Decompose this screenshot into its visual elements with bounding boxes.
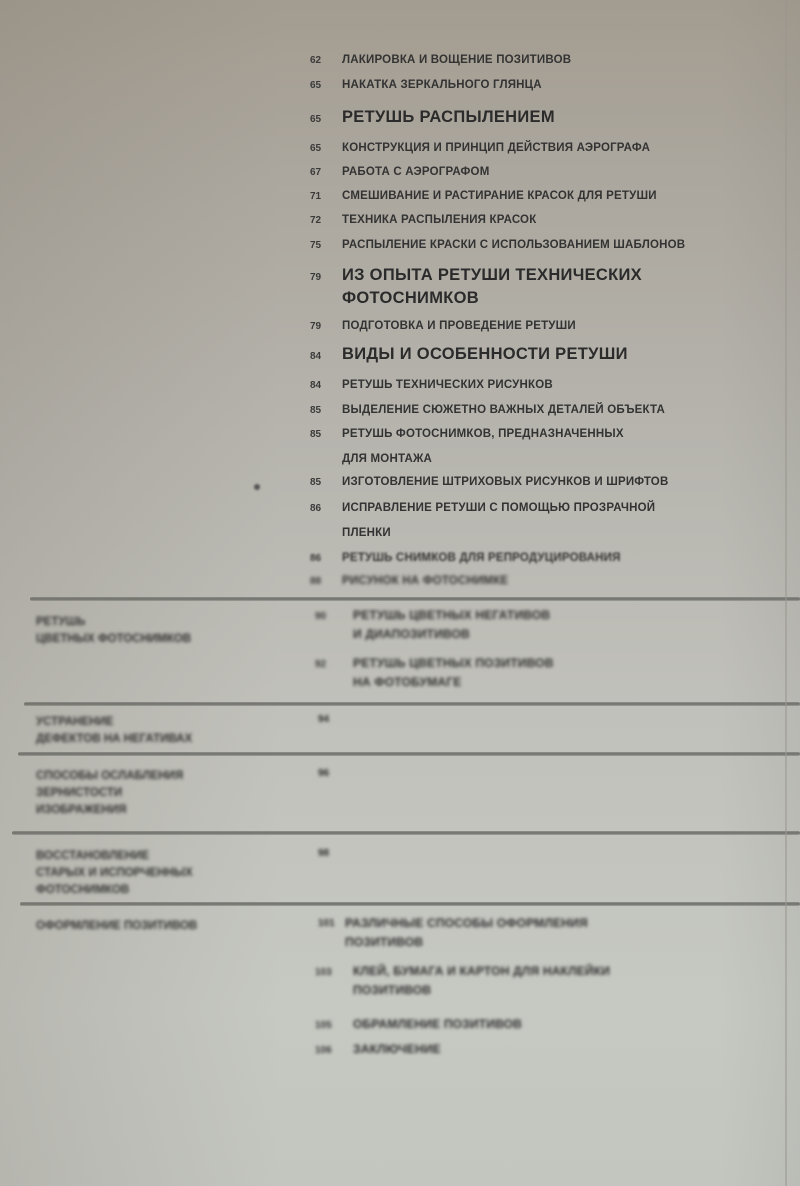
page-number: 84 [310, 380, 342, 391]
entry-title: РАБОТА С АЭРОГРАФОМ [342, 160, 489, 185]
page-number: 65 [310, 114, 342, 125]
page-number: 103 [315, 967, 353, 978]
toc-entry: 86 ИСПРАВЛЕНИЕ РЕТУШИ С ПОМОЩЬЮ ПРОЗРАЧН… [310, 496, 780, 546]
entry-title: РАСПЫЛЕНИЕ КРАСКИ С ИСПОЛЬЗОВАНИЕМ ШАБЛО… [342, 233, 685, 258]
section-title: ОФОРМЛЕНИЕ ПОЗИТИВОВ [36, 918, 306, 935]
section-divider [24, 702, 800, 706]
section-title: РЕТУШЬ ЦВЕТНЫХ ФОТОСНИМКОВ [36, 614, 306, 648]
toc-entry: 72 ТЕХНИКА РАСПЫЛЕНИЯ КРАСОК [310, 208, 780, 233]
entry-title: РИСУНОК НА ФОТОСНИМКЕ [342, 569, 508, 594]
toc-entry: 90 РЕТУШЬ ЦВЕТНЫХ НЕГАТИВОВ И ДИАПОЗИТИВ… [315, 606, 770, 644]
toc-entry: РАЗЛИЧНЫЕ СПОСОБЫ ОФОРМЛЕНИЯ ПОЗИТИВОВ [345, 914, 770, 952]
section-divider [18, 752, 800, 756]
page-number: 79 [310, 272, 342, 283]
entry-title-line: ПЛЕНКИ [342, 527, 391, 539]
chapter-title: РЕТУШЬ РАСПЫЛЕНИЕМ [342, 106, 555, 129]
page-number: 86 [310, 553, 342, 564]
page-number: 86 [310, 503, 342, 514]
page-number: 84 [310, 351, 342, 362]
page-number: 85 [310, 429, 342, 440]
toc-entry: 103 КЛЕЙ, БУМАГА И КАРТОН ДЛЯ НАКЛЕЙКИ П… [315, 962, 770, 1000]
entry-title-line: ДЛЯ МОНТАЖА [342, 453, 432, 465]
toc-entry: 86 РЕТУШЬ СНИМКОВ ДЛЯ РЕПРОДУЦИРОВАНИЯ [310, 546, 780, 571]
entry-title: РЕТУШЬ ТЕХНИЧЕСКИХ РИСУНКОВ [342, 373, 553, 398]
toc-chapter: 79 ИЗ ОПЫТА РЕТУШИ ТЕХНИЧЕСКИХ ФОТОСНИМК… [310, 264, 780, 310]
entry-title: КОНСТРУКЦИЯ И ПРИНЦИП ДЕЙСТВИЯ АЭРОГРАФА [342, 136, 650, 161]
page-number: 92 [315, 659, 353, 670]
page-number: 85 [310, 477, 342, 488]
toc-entry: 75 РАСПЫЛЕНИЕ КРАСКИ С ИСПОЛЬЗОВАНИЕМ ША… [310, 233, 780, 258]
toc-entry: 84 РЕТУШЬ ТЕХНИЧЕСКИХ РИСУНКОВ [310, 373, 780, 398]
section-divider [12, 831, 800, 835]
chapter-title: ВИДЫ И ОСОБЕННОСТИ РЕТУШИ [342, 343, 628, 366]
page-number: 71 [310, 191, 342, 202]
toc-entry: 85 РЕТУШЬ ФОТОСНИМКОВ, ПРЕДНАЗНАЧЕННЫХ Д… [310, 422, 780, 472]
toc-entry: 65 КОНСТРУКЦИЯ И ПРИНЦИП ДЕЙСТВИЯ АЭРОГР… [310, 136, 780, 161]
ink-smudge [254, 484, 260, 490]
page-number: 62 [310, 55, 342, 66]
page-number: 101 [318, 918, 335, 929]
toc-entry: 92 РЕТУШЬ ЦВЕТНЫХ ПОЗИТИВОВ НА ФОТОБУМАГ… [315, 654, 770, 692]
entry-title: ЛАКИРОВКА И ВОЩЕНИЕ ПОЗИТИВОВ [342, 48, 571, 73]
page-number: 98 [318, 848, 329, 859]
section-title: УСТРАНЕНИЕ ДЕФЕКТОВ НА НЕГАТИВАХ [36, 714, 306, 748]
page-number: 65 [310, 80, 342, 91]
toc-entry: 79 ПОДГОТОВКА И ПРОВЕДЕНИЕ РЕТУШИ [310, 314, 780, 339]
entry-title: НАКАТКА ЗЕРКАЛЬНОГО ГЛЯНЦА [342, 73, 542, 98]
page-number: 105 [315, 1020, 353, 1031]
page-number: 67 [310, 167, 342, 178]
entry-title: РАЗЛИЧНЫЕ СПОСОБЫ ОФОРМЛЕНИЯ ПОЗИТИВОВ [345, 914, 588, 952]
chapter-title: ИЗ ОПЫТА РЕТУШИ ТЕХНИЧЕСКИХ ФОТОСНИМКОВ [342, 264, 642, 310]
entry-title: РЕТУШЬ СНИМКОВ ДЛЯ РЕПРОДУЦИРОВАНИЯ [342, 546, 621, 571]
page-number: 79 [310, 321, 342, 332]
page-number: 88 [310, 576, 342, 587]
entry-title: РЕТУШЬ ЦВЕТНЫХ НЕГАТИВОВ И ДИАПОЗИТИВОВ [353, 606, 550, 644]
table-of-contents: 62 ЛАКИРОВКА И ВОЩЕНИЕ ПОЗИТИВОВ 65 НАКА… [0, 0, 800, 1186]
page-number: 72 [310, 215, 342, 226]
page-number: 85 [310, 405, 342, 416]
entry-title: СМЕШИВАНИЕ И РАСТИРАНИЕ КРАСОК ДЛЯ РЕТУШ… [342, 184, 657, 209]
toc-entry: 67 РАБОТА С АЭРОГРАФОМ [310, 160, 780, 185]
toc-chapter: 65 РЕТУШЬ РАСПЫЛЕНИЕМ [310, 106, 780, 129]
entry-title: КЛЕЙ, БУМАГА И КАРТОН ДЛЯ НАКЛЕЙКИ ПОЗИТ… [353, 962, 610, 1000]
toc-entry: 85 ИЗГОТОВЛЕНИЕ ШТРИХОВЫХ РИСУНКОВ И ШРИ… [310, 470, 780, 495]
entry-title: ТЕХНИКА РАСПЫЛЕНИЯ КРАСОК [342, 208, 536, 233]
entry-title: ИЗГОТОВЛЕНИЕ ШТРИХОВЫХ РИСУНКОВ И ШРИФТО… [342, 470, 668, 495]
toc-entry: 65 НАКАТКА ЗЕРКАЛЬНОГО ГЛЯНЦА [310, 73, 780, 98]
section-title: СПОСОБЫ ОСЛАБЛЕНИЯ ЗЕРНИСТОСТИ ИЗОБРАЖЕН… [36, 768, 306, 819]
entry-title: РЕТУШЬ ЦВЕТНЫХ ПОЗИТИВОВ НА ФОТОБУМАГЕ [353, 654, 554, 692]
page-number: 94 [318, 714, 329, 725]
page-number: 106 [315, 1045, 353, 1056]
entry-title-line: РЕТУШЬ ФОТОСНИМКОВ, ПРЕДНАЗНАЧЕННЫХ [342, 428, 624, 440]
entry-title: ИСПРАВЛЕНИЕ РЕТУШИ С ПОМОЩЬЮ ПРОЗРАЧНОЙ … [342, 496, 655, 546]
page-number: 96 [318, 768, 329, 779]
entry-title: ВЫДЕЛЕНИЕ СЮЖЕТНО ВАЖНЫХ ДЕТАЛЕЙ ОБЪЕКТА [342, 398, 665, 423]
entry-title: ОБРАМЛЕНИЕ ПОЗИТИВОВ [353, 1015, 522, 1034]
entry-title-line: ИСПРАВЛЕНИЕ РЕТУШИ С ПОМОЩЬЮ ПРОЗРАЧНОЙ [342, 502, 655, 514]
entry-title: ЗАКЛЮЧЕНИЕ [353, 1040, 441, 1059]
page-number: 65 [310, 143, 342, 154]
section-title: ВОССТАНОВЛЕНИЕ СТАРЫХ И ИСПОРЧЕННЫХ ФОТО… [36, 848, 306, 899]
section-divider [20, 902, 800, 906]
toc-entry: 106 ЗАКЛЮЧЕНИЕ [315, 1040, 770, 1059]
toc-entry: 71 СМЕШИВАНИЕ И РАСТИРАНИЕ КРАСОК ДЛЯ РЕ… [310, 184, 780, 209]
entry-title: РЕТУШЬ ФОТОСНИМКОВ, ПРЕДНАЗНАЧЕННЫХ ДЛЯ … [342, 422, 624, 472]
page-number: 90 [315, 611, 353, 622]
page-number: 75 [310, 240, 342, 251]
toc-entry: 88 РИСУНОК НА ФОТОСНИМКЕ [310, 569, 780, 594]
section-divider [30, 597, 800, 601]
entry-title: ПОДГОТОВКА И ПРОВЕДЕНИЕ РЕТУШИ [342, 314, 576, 339]
toc-entry: 62 ЛАКИРОВКА И ВОЩЕНИЕ ПОЗИТИВОВ [310, 48, 780, 73]
toc-entry: 85 ВЫДЕЛЕНИЕ СЮЖЕТНО ВАЖНЫХ ДЕТАЛЕЙ ОБЪЕ… [310, 398, 780, 423]
toc-entry: 105 ОБРАМЛЕНИЕ ПОЗИТИВОВ [315, 1015, 770, 1034]
page-edge [785, 0, 787, 1186]
toc-chapter: 84 ВИДЫ И ОСОБЕННОСТИ РЕТУШИ [310, 343, 780, 366]
chapter-title-line: ИЗ ОПЫТА РЕТУШИ ТЕХНИЧЕСКИХ [342, 266, 642, 284]
chapter-title-line: ФОТОСНИМКОВ [342, 289, 479, 307]
